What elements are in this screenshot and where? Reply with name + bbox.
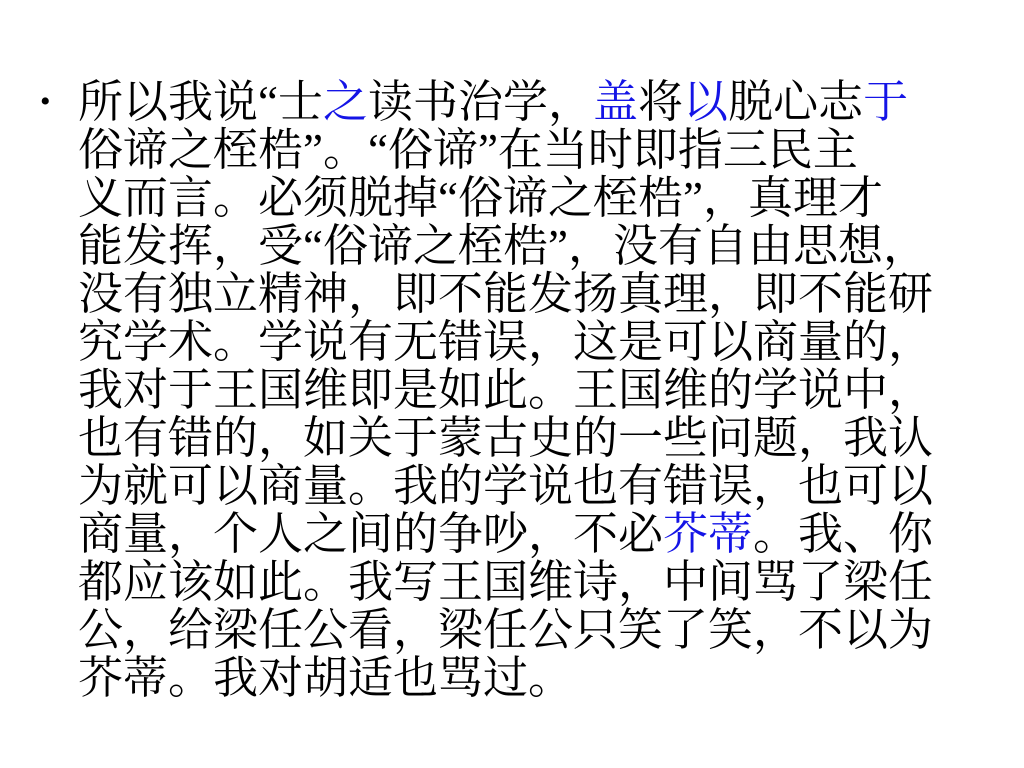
text-line: 公，给梁任公看，梁任公只笑了笑，不以为 bbox=[78, 606, 933, 654]
text-run: 为就可以商量。我的学说也有错误，也可以 bbox=[78, 461, 933, 511]
highlighted-text-run: 之 bbox=[323, 77, 368, 127]
highlighted-text-run: 盖 bbox=[593, 77, 638, 127]
text-run: 商量，个人之间的争吵，不必 bbox=[78, 509, 663, 559]
text-line: 俗谛之桎梏”。“俗谛”在当时即指三民主 bbox=[78, 126, 933, 174]
text-run: 我对于王国维即是如此。王国维的学说中， bbox=[78, 365, 933, 415]
text-run: 将 bbox=[638, 77, 683, 127]
text-run: 脱心志 bbox=[728, 77, 863, 127]
text-line: 芥蒂。我对胡适也骂过。 bbox=[78, 654, 933, 702]
text-run: 俗谛之桎梏”。“俗谛”在当时即指三民主 bbox=[78, 125, 858, 175]
text-run: 究学术。学说有无错误，这是可以商量的， bbox=[78, 317, 933, 367]
text-run: 所以我说“士 bbox=[78, 77, 323, 127]
text-line: 义而言。必须脱掉“俗谛之桎梏”，真理才 bbox=[78, 174, 933, 222]
text-line: 为就可以商量。我的学说也有错误，也可以 bbox=[78, 462, 933, 510]
text-run: 也有错的，如关于蒙古史的一些问题，我认 bbox=[78, 413, 933, 463]
text-run: 都应该如此。我写王国维诗，中间骂了梁任 bbox=[78, 557, 933, 607]
text-run: 。我、你 bbox=[753, 509, 933, 559]
text-run: 没有独立精神，即不能发扬真理，即不能研 bbox=[78, 269, 933, 319]
text-line: 我对于王国维即是如此。王国维的学说中， bbox=[78, 366, 933, 414]
text-line: 也有错的，如关于蒙古史的一些问题，我认 bbox=[78, 414, 933, 462]
text-line: 都应该如此。我写王国维诗，中间骂了梁任 bbox=[78, 558, 933, 606]
highlighted-text-run: 芥蒂 bbox=[663, 509, 753, 559]
text-run: 读书治学， bbox=[368, 77, 593, 127]
bullet-item: • 所以我说“士之读书治学，盖将以脱心志于俗谛之桎梏”。“俗谛”在当时即指三民主… bbox=[40, 78, 933, 702]
text-line: 能发挥，受“俗谛之桎梏”，没有自由思想， bbox=[78, 222, 933, 270]
text-line: 究学术。学说有无错误，这是可以商量的， bbox=[78, 318, 933, 366]
text-line: 没有独立精神，即不能发扬真理，即不能研 bbox=[78, 270, 933, 318]
highlighted-text-run: 于 bbox=[863, 77, 908, 127]
text-run: 芥蒂。我对胡适也骂过。 bbox=[78, 653, 573, 703]
text-line: 商量，个人之间的争吵，不必芥蒂。我、你 bbox=[78, 510, 933, 558]
bullet-icon: • bbox=[40, 78, 78, 126]
presentation-slide: • 所以我说“士之读书治学，盖将以脱心志于俗谛之桎梏”。“俗谛”在当时即指三民主… bbox=[0, 0, 1024, 768]
text-line: 所以我说“士之读书治学，盖将以脱心志于 bbox=[78, 78, 933, 126]
highlighted-text-run: 以 bbox=[683, 77, 728, 127]
text-run: 公，给梁任公看，梁任公只笑了笑，不以为 bbox=[78, 605, 933, 655]
text-run: 能发挥，受“俗谛之桎梏”，没有自由思想， bbox=[78, 221, 928, 271]
paragraph: 所以我说“士之读书治学，盖将以脱心志于俗谛之桎梏”。“俗谛”在当时即指三民主义而… bbox=[78, 78, 933, 702]
text-run: 义而言。必须脱掉“俗谛之桎梏”，真理才 bbox=[78, 173, 883, 223]
